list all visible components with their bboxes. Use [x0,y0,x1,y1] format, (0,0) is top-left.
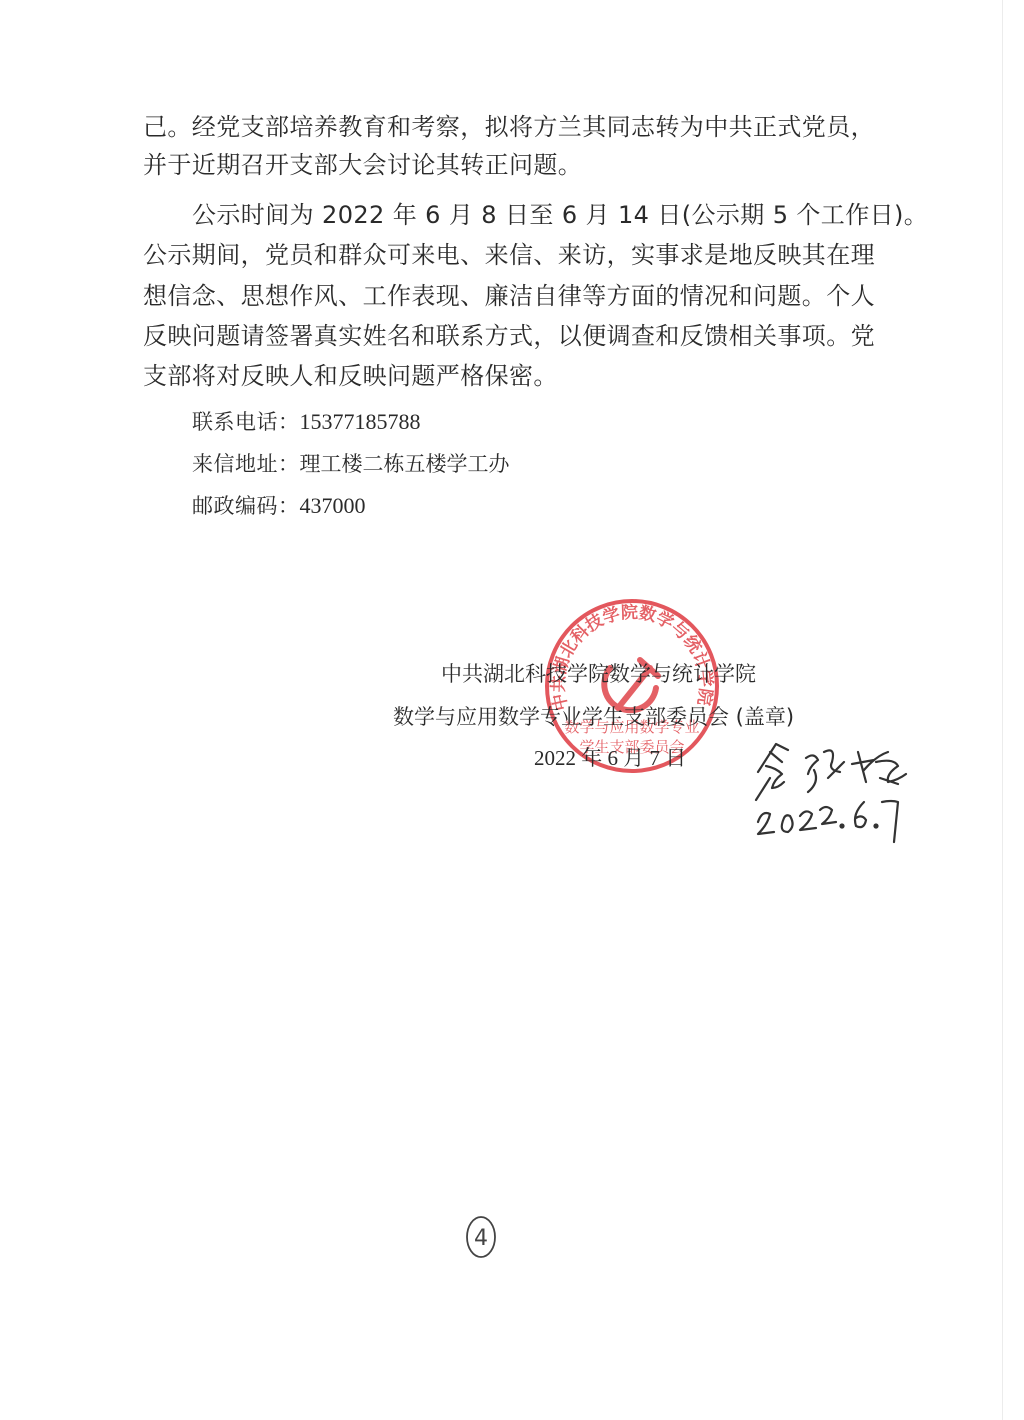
signature-org-line2: 数学与应用数学专业学生支部委员会 (盖章) [393,703,794,731]
contact-phone-value: 15377185788 [300,409,421,434]
contact-address-label: 来信地址： [192,452,300,476]
body-line: 己。经党支部培养教育和考察，拟将方兰其同志转为中共正式党员， [143,112,875,142]
contact-phone-label: 联系电话： [192,410,300,434]
contact-postcode-label: 邮政编码： [192,494,300,518]
contact-address-value: 理工楼二栋五楼学工办 [300,452,510,476]
signature-date: 2022 年 6 月 7 日 [534,744,686,772]
body-line: 反映问题请签署真实姓名和联系方式，以便调查和反馈相关事项。党 [143,321,875,351]
scan-edge-line [1002,0,1003,1420]
contact-address: 来信地址：理工楼二栋五楼学工办 [192,450,510,478]
body-line: 想信念、思想作风、工作表现、廉洁自律等方面的情况和问题。个人 [143,281,875,311]
body-line: 公示期间，党员和群众可来电、来信、来访，实事求是地反映其在理 [143,240,875,270]
page-number-value: 4 [474,1226,488,1251]
contact-postcode-value: 437000 [300,493,366,518]
contact-postcode: 邮政编码：437000 [192,492,366,520]
body-line: 支部将对反映人和反映问题严格保密。 [143,361,558,391]
svg-text:中共湖北科技学院数学与统计学院: 中共湖北科技学院数学与统计学院 [548,602,717,713]
stamp-outer-text: 中共湖北科技学院数学与统计学院 [548,602,717,713]
page-number-circled: 4 [463,1213,499,1261]
signature-org-line1: 中共湖北科技学院数学与统计学院 [441,660,756,688]
contact-phone: 联系电话：15377185788 [192,408,421,436]
body-line: 并于近期召开支部大会讨论其转正问题。 [143,150,582,180]
handwritten-signature-icon [748,722,918,847]
body-line-publicity-period: 公示时间为 2022 年 6 月 8 日至 6 月 14 日(公示期 5 个工作… [192,200,928,230]
